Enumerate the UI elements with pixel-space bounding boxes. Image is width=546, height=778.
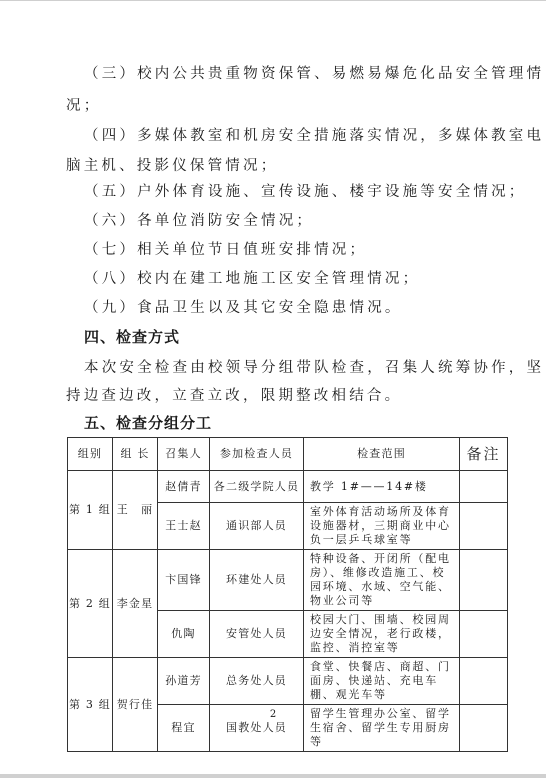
- section-5-heading: 五、检查分组分工: [84, 413, 212, 433]
- paragraph-item-6: （六）各单位消防安全情况；: [84, 211, 314, 231]
- remark-cell: [460, 550, 508, 611]
- paragraph-item-3: （三）校内公共贵重物资保管、易燃易爆危化品安全管理情: [84, 64, 544, 84]
- paragraph-item-9: （九）食品卫生以及其它安全隐患情况。: [84, 298, 403, 318]
- table-row: 第 2 组 李金星 卞国锋 环建处人员 特种设备、开闭所（配电房）、维修改造施工…: [68, 550, 508, 611]
- group-cell: 第 2 组: [68, 550, 113, 658]
- paragraph-item-4-cont: 脑主机、投影仪保管情况；: [66, 156, 278, 176]
- leader-cell: 王 丽: [113, 471, 158, 550]
- staff-cell: 各二级学院人员: [210, 471, 304, 503]
- table-header-row: 组别 组 长 召集人 参加检查人员 检查范围 备注: [68, 438, 508, 471]
- section-4-body-cont: 持边查边改，立查立改，限期整改相结合。: [66, 386, 402, 406]
- scope-cell: 教学 1#——14#楼: [304, 471, 460, 503]
- scope-cell: 校园大门、围墙、校园周边安全情况，老行政楼，监控、消控室等: [304, 611, 460, 658]
- table-row: 第 3 组 贺行佳 孙道芳 总务处人员 食堂、快餐店、商超、门面房、快递站、充电…: [68, 658, 508, 705]
- scope-cell: 特种设备、开闭所（配电房）、维修改造施工、校园环境、水域、空气能、物业公司等: [304, 550, 460, 611]
- staff-cell: 安管处人员: [210, 611, 304, 658]
- header-group: 组别: [68, 438, 113, 471]
- convener-cell: 仇陶: [158, 611, 210, 658]
- table-row: 第 1 组 王 丽 赵倩青 各二级学院人员 教学 1#——14#楼: [68, 471, 508, 503]
- scope-cell: 室外体育活动场所及体育设施器材，三期商业中心负一层乒乓球室等: [304, 503, 460, 550]
- bottom-border: [0, 774, 546, 778]
- group-cell: 第 1 组: [68, 471, 113, 550]
- header-staff: 参加检查人员: [210, 438, 304, 471]
- leader-cell: 李金星: [113, 550, 158, 658]
- group-cell: 第 3 组: [68, 658, 113, 752]
- paragraph-item-8: （八）校内在建工地施工区安全管理情况；: [84, 269, 420, 289]
- section-4-body: 本次安全检查由校领导分组带队检查，召集人统筹协作，坚: [84, 358, 544, 378]
- remark-cell: [460, 471, 508, 503]
- staff-cell: 环建处人员: [210, 550, 304, 611]
- header-leader: 组 长: [113, 438, 158, 471]
- top-border: [0, 0, 546, 1]
- leader-cell: 贺行佳: [113, 658, 158, 752]
- convener-cell: 卞国锋: [158, 550, 210, 611]
- paragraph-item-3-cont: 况；: [66, 96, 101, 116]
- paragraph-item-7: （七）相关单位节日值班安排情况；: [84, 240, 367, 260]
- scope-cell: 食堂、快餐店、商超、门面房、快递站、充电车棚、观光车等: [304, 658, 460, 705]
- staff-cell: 总务处人员: [210, 658, 304, 705]
- inspection-groups-table: 组别 组 长 召集人 参加检查人员 检查范围 备注 第 1 组 王 丽 赵倩青 …: [67, 437, 508, 752]
- section-4-heading: 四、检查方式: [84, 327, 180, 347]
- convener-cell: 赵倩青: [158, 471, 210, 503]
- header-convener: 召集人: [158, 438, 210, 471]
- remark-cell: [460, 611, 508, 658]
- convener-cell: 孙道芳: [158, 658, 210, 705]
- page-number: 2: [0, 709, 546, 720]
- convener-cell: 王士赵: [158, 503, 210, 550]
- header-scope: 检查范围: [304, 438, 460, 471]
- paragraph-item-5: （五）户外体育设施、宣传设施、楼宇设施等安全情况；: [84, 182, 527, 202]
- header-remark: 备注: [460, 438, 508, 471]
- paragraph-item-4: （四）多媒体教室和机房安全措施落实情况，多媒体教室电: [84, 126, 544, 146]
- remark-cell: [460, 658, 508, 705]
- remark-cell: [460, 503, 508, 550]
- staff-cell: 通识部人员: [210, 503, 304, 550]
